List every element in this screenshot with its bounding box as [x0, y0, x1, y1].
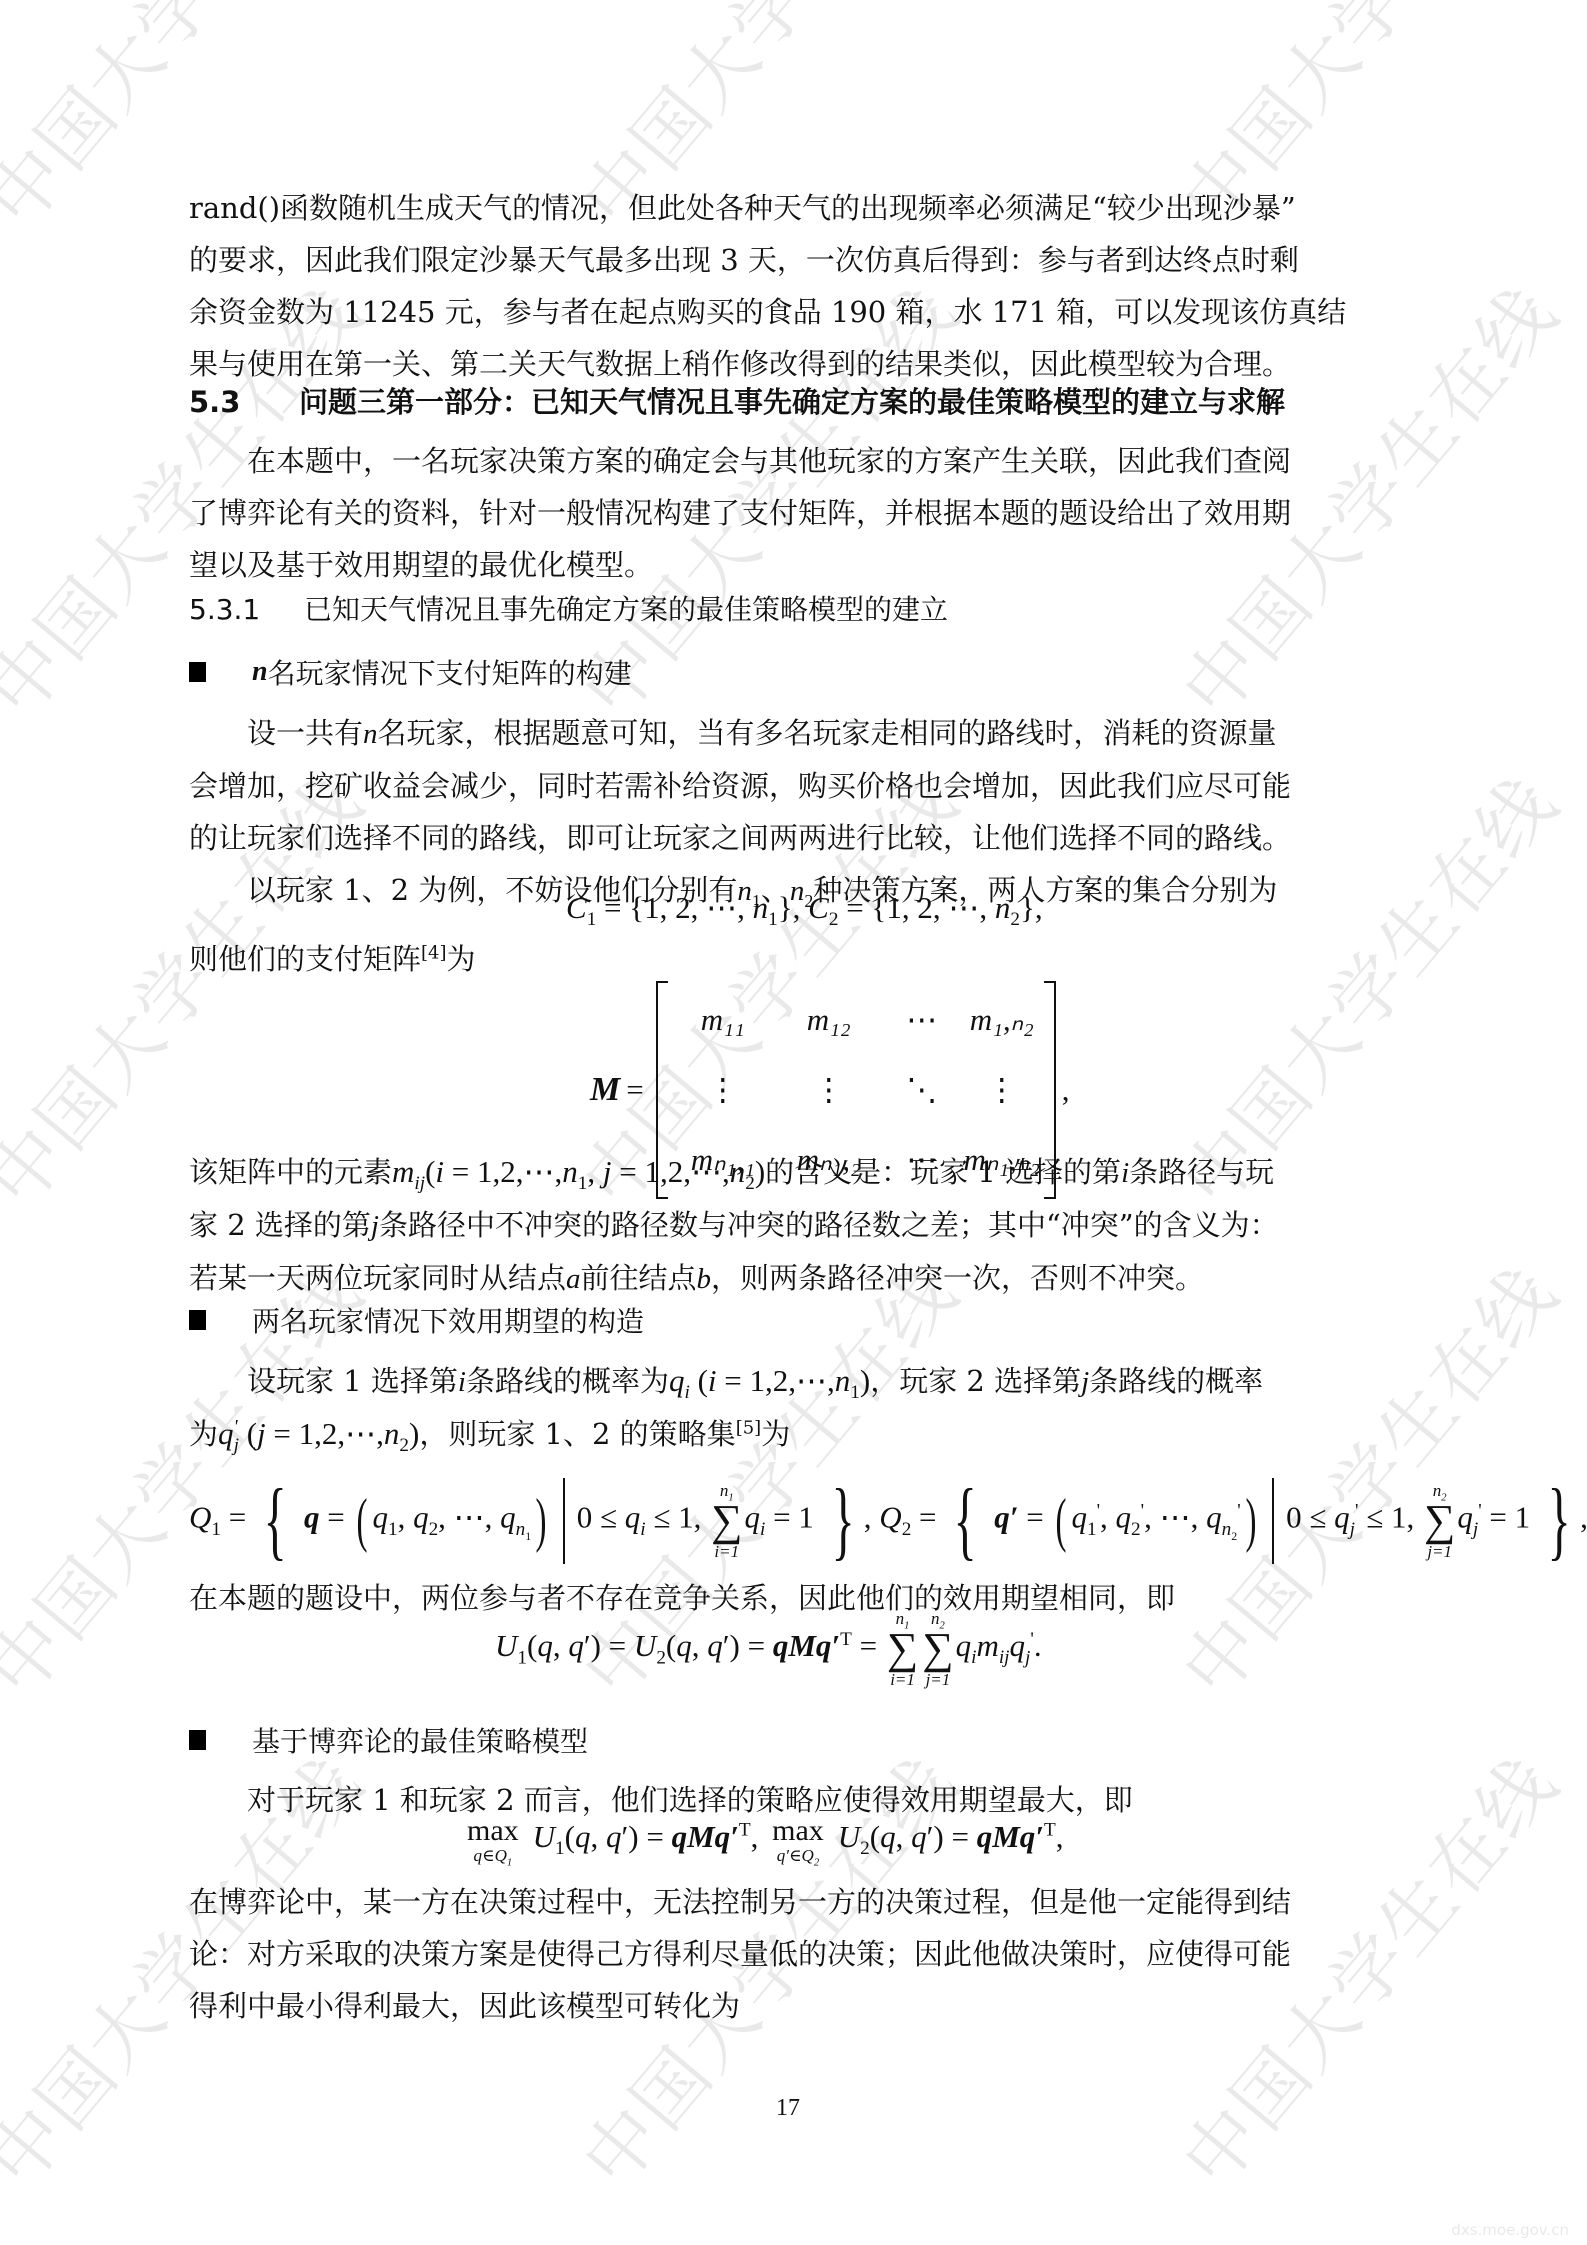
matrix-meaning-paragraph: 该矩阵中的元素mij(i = 1,2,⋯,n1, j = 1,2,⋯,n2)的含… [189, 1146, 1279, 1305]
variable-a: a [566, 1263, 581, 1295]
variable-j: j [1081, 1366, 1089, 1398]
section-title: 已知天气情况且事先确定方案的最佳策略模型的建立 [304, 593, 948, 626]
page-number: 17 [776, 2095, 800, 2122]
text-segment: 为 [447, 942, 476, 976]
square-bullet-icon [189, 1730, 206, 1750]
text-segment: 为 [189, 1417, 218, 1451]
document-page: 中国大学生在线 中国大学生在线 中国大学生在线 中国大学生在线 中国大学生在线 … [0, 0, 1587, 2245]
text-segment: ，则两条路径冲突一次，否则不冲突。 [711, 1261, 1204, 1295]
text-line: 望以及基于效用期望的最优化模型。 [189, 539, 1291, 591]
text-segment: 条路径与玩 [1129, 1155, 1274, 1189]
text-line: 在博弈论中，某一方在决策过程中，无法控制另一方的决策过程，但是他一定能得到结 [189, 1876, 1291, 1928]
text-line: 会增加，挖矿收益会减少，同时若需补给资源，购买价格也会增加，因此我们应尽可能 [189, 760, 1291, 812]
text-line: 的让玩家们选择不同的路线，即可让玩家之间两两进行比较，让他们选择不同的路线。 [189, 812, 1291, 864]
section-heading-5-3-1: 5.3.1已知天气情况且事先确定方案的最佳策略模型的建立 [189, 588, 948, 628]
text-line: 设玩家 1 选择第i条路线的概率为qi (i = 1,2,⋯,n1)，玩家 2 … [189, 1355, 1263, 1408]
matrix-cell: m₁,ₙ₂ [970, 1002, 1034, 1038]
text-line: rand()函数随机生成天气的情况，但此处各种天气的出现频率必须满足“较少出现沙… [189, 182, 1346, 234]
utility-formula: U1(q, q′) = U2(q, q′) = qMq′T = n1∑i=1n2… [495, 1610, 1042, 1688]
variable-n: n [252, 656, 268, 688]
text-segment: 前往结点 [581, 1261, 697, 1295]
text-segment: 条路线的概率为 [466, 1364, 669, 1398]
variable-b: b [697, 1263, 712, 1295]
text-segment: 设玩家 1 选择第 [247, 1364, 458, 1398]
text-segment: 则他们的支付矩阵 [189, 942, 421, 976]
strategy-set-formula: Q1 = { q = (q1, q2, ⋯, qn1) 0 ≤ qi ≤ 1, … [189, 1470, 1587, 1571]
bullet-title: 名玩家情况下支付矩阵的构建 [268, 652, 632, 692]
square-bullet-icon [189, 1310, 206, 1330]
text-segment: 条路线的概率 [1089, 1364, 1263, 1398]
text-segment: 该矩阵中的元素 [189, 1155, 392, 1189]
utility-paragraph: 设玩家 1 选择第i条路线的概率为qi (i = 1,2,⋯,n1)，玩家 2 … [189, 1355, 1263, 1460]
text-line: 得利中最小得利最大，因此该模型可转化为 [189, 1980, 1291, 2032]
matrix-name: M [590, 1071, 620, 1109]
text-segment: 家 2 选择的第 [189, 1208, 371, 1242]
variable-i: i [458, 1366, 466, 1398]
matrix-cell: ⋮ [707, 1072, 738, 1108]
text-segment: ，则玩家 1、2 的策略集 [419, 1417, 735, 1451]
text-line: 若某一天两位玩家同时从结点a前往结点b，则两条路径冲突一次，否则不冲突。 [189, 1252, 1279, 1305]
text-segment: 名玩家，根据题意可知，当有多名玩家走相同的路线时，消耗的资源量 [378, 716, 1277, 750]
square-bullet-icon [189, 662, 206, 682]
bullet-heading-payoff-matrix: n 名玩家情况下支付矩阵的构建 [189, 652, 632, 692]
text-line: 设一共有n名玩家，根据题意可知，当有多名玩家走相同的路线时，消耗的资源量 [189, 707, 1291, 760]
bullet-heading-utility-expectation: 两名玩家情况下效用期望的构造 [189, 1300, 644, 1340]
bullet-title: 基于博弈论的最佳策略模型 [252, 1720, 588, 1760]
section-heading-5-3: 5.3问题三第一部分：已知天气情况且事先确定方案的最佳策略模型的建立与求解 [189, 380, 1285, 421]
matrix-cell: m₁₁ [701, 1002, 745, 1038]
section-number: 5.3 [189, 385, 299, 419]
text-segment: 的含义是：玩家 1 选择的第 [765, 1155, 1121, 1189]
section-5-3-paragraph: 在本题中，一名玩家决策方案的确定会与其他玩家的方案产生关联，因此我们查阅 了博弈… [189, 435, 1291, 591]
variable-j: j [371, 1210, 379, 1242]
matrix-cell: ⋮ [813, 1072, 844, 1108]
text-segment: 条路径中不冲突的路径数与冲突的路径数之差；其中“冲突”的含义为： [379, 1208, 1279, 1242]
matrix-intro: 则他们的支付矩阵[4]为 [189, 933, 476, 985]
payoff-paragraph: 设一共有n名玩家，根据题意可知，当有多名玩家走相同的路线时，消耗的资源量 会增加… [189, 707, 1291, 917]
text-segment: 若某一天两位玩家同时从结点 [189, 1261, 566, 1295]
bullet-title: 两名玩家情况下效用期望的构造 [252, 1300, 644, 1340]
text-segment: 为 [761, 1417, 790, 1451]
matrix-cell: ⋯ [906, 1002, 937, 1038]
section-number: 5.3.1 [189, 593, 304, 626]
text-segment: 设一共有 [247, 716, 363, 750]
text-line: 该矩阵中的元素mij(i = 1,2,⋯,n1, j = 1,2,⋯,n2)的含… [189, 1146, 1279, 1199]
variable-i: i [1121, 1157, 1129, 1189]
citation-ref: [4] [421, 942, 447, 963]
text-line: 余资金数为 11245 元，参与者在起点购买的食品 190 箱，水 171 箱，… [189, 286, 1346, 338]
matrix-cell: ⋱ [906, 1072, 937, 1108]
text-line: 家 2 选择的第j条路径中不冲突的路径数与冲突的路径数之差；其中“冲突”的含义为… [189, 1199, 1279, 1252]
sets-formula: C1 = {1, 2, ⋯, n1}, C2 = {1, 2, ⋯, n2}, [566, 890, 1043, 926]
citation-ref: [5] [736, 1417, 762, 1438]
text-line: 了博弈论有关的资料，针对一般情况构建了支付矩阵，并根据本题的题设给出了效用期 [189, 487, 1291, 539]
watermark-url: dxs.moe.gov.cn [1451, 2221, 1569, 2239]
text-line: 的要求，因此我们限定沙暴天气最多出现 3 天，一次仿真后得到：参与者到达终点时剩 [189, 234, 1346, 286]
closing-paragraph: 在博弈论中，某一方在决策过程中，无法控制另一方的决策过程，但是他一定能得到结 论… [189, 1876, 1291, 2032]
matrix-trailing-comma: , [1062, 1072, 1070, 1108]
bullet-heading-game-theory-model: 基于博弈论的最佳策略模型 [189, 1720, 588, 1760]
matrix-cell: ⋮ [986, 1072, 1017, 1108]
section-title: 问题三第一部分：已知天气情况且事先确定方案的最佳策略模型的建立与求解 [299, 385, 1285, 419]
text-line: 在本题中，一名玩家决策方案的确定会与其他玩家的方案产生关联，因此我们查阅 [189, 435, 1291, 487]
text-segment: ，玩家 2 选择第 [870, 1364, 1081, 1398]
matrix-cell: m₁₂ [807, 1002, 851, 1038]
text-line: 论：对方采取的决策方案是使得己方得利尽量低的决策；因此他做决策时，应使得可能 [189, 1928, 1291, 1980]
intro-paragraph: rand()函数随机生成天气的情况，但此处各种天气的出现频率必须满足“较少出现沙… [189, 182, 1346, 390]
max-utility-formula: maxq∈Q1U1(q, q′) = qMq′T, maxq′∈Q2U2(q, … [467, 1814, 1063, 1866]
text-line: 为q'j (j = 1,2,⋯,n2)，则玩家 1、2 的策略集[5]为 [189, 1408, 1263, 1460]
variable-n: n [363, 718, 378, 750]
